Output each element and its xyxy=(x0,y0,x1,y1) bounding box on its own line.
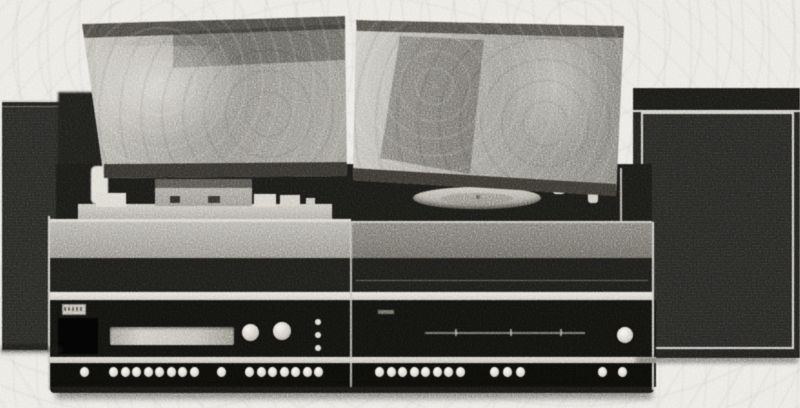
pushbutton xyxy=(516,367,525,377)
pushbutton xyxy=(257,367,266,377)
cabinet-right-edge xyxy=(652,222,654,390)
right-speaker xyxy=(633,88,800,358)
cassette-part xyxy=(280,195,300,206)
badge-illegible-text xyxy=(64,307,84,311)
pushbutton xyxy=(375,367,384,377)
pushbutton xyxy=(314,367,323,377)
grille-texture xyxy=(645,116,790,345)
right-speaker-frame xyxy=(641,112,794,349)
left-deck-front-edge xyxy=(50,219,351,259)
tuner-panel-mark xyxy=(378,310,394,314)
tuner-knob xyxy=(617,327,633,343)
pushbutton-group xyxy=(490,367,525,377)
pushbutton xyxy=(398,367,407,377)
pushbutton xyxy=(80,367,89,377)
pushbutton-group xyxy=(217,367,226,377)
pushbutton xyxy=(132,367,141,377)
right-speaker-shadow xyxy=(636,357,798,363)
photo-stereo-system xyxy=(0,0,800,408)
left-dust-cover xyxy=(78,12,350,182)
pushbutton xyxy=(190,367,199,377)
pushbutton-group xyxy=(375,367,465,377)
pushbutton xyxy=(410,367,419,377)
dial-tick xyxy=(455,329,457,336)
pushbutton xyxy=(245,367,254,377)
pushbutton-group xyxy=(245,367,323,377)
cassette-part xyxy=(306,198,315,206)
tape-head xyxy=(170,196,180,203)
pushbutton xyxy=(280,367,289,377)
pushbutton xyxy=(618,367,627,377)
photo-scene xyxy=(0,0,800,408)
pushbutton xyxy=(109,367,118,377)
pushbutton xyxy=(217,367,226,377)
pushbutton xyxy=(503,367,512,377)
tape-head xyxy=(208,196,220,203)
pushbutton xyxy=(178,367,187,377)
cabinet-left-edge xyxy=(48,216,50,390)
indicator-dot xyxy=(315,345,321,351)
indicator-dot xyxy=(315,332,321,338)
brand-badge xyxy=(62,304,86,315)
pushbutton xyxy=(598,367,607,377)
cassette-part xyxy=(254,194,276,207)
cover-support-strut xyxy=(620,168,622,224)
cover-texture xyxy=(352,12,628,198)
cabinet-shadow xyxy=(56,388,652,399)
right-dust-cover xyxy=(352,12,628,198)
pushbutton xyxy=(387,367,396,377)
module-divider xyxy=(350,221,352,387)
left-knob-2 xyxy=(273,322,291,340)
right-deck-front-edge xyxy=(351,221,652,259)
turntable-platter xyxy=(413,187,541,209)
pushbutton xyxy=(421,367,430,377)
pushbutton-group xyxy=(598,367,627,377)
headphone-jack-area xyxy=(58,318,98,354)
pushbutton xyxy=(303,367,312,377)
pushbutton xyxy=(291,367,300,377)
left-speaker-shadow xyxy=(0,347,62,353)
dial-tick xyxy=(510,329,512,336)
pushbutton xyxy=(167,367,176,377)
pushbutton xyxy=(490,367,499,377)
pushbutton xyxy=(433,367,442,377)
pushbutton xyxy=(268,367,277,377)
pushbutton xyxy=(155,367,164,377)
pushbutton-group xyxy=(109,367,199,377)
cassette-part xyxy=(96,193,126,207)
cover-texture xyxy=(78,12,350,182)
pushbutton xyxy=(121,367,130,377)
indicator-dot xyxy=(315,319,321,325)
cabinet-trim-line xyxy=(356,280,648,281)
right-speaker-top xyxy=(633,88,800,112)
pushbutton xyxy=(444,367,453,377)
pushbutton xyxy=(144,367,153,377)
dial-tick xyxy=(560,329,562,336)
left-knob-1 xyxy=(242,324,259,341)
cassette-door xyxy=(110,327,234,345)
pushbutton-group xyxy=(80,367,89,377)
pushbutton xyxy=(456,367,465,377)
